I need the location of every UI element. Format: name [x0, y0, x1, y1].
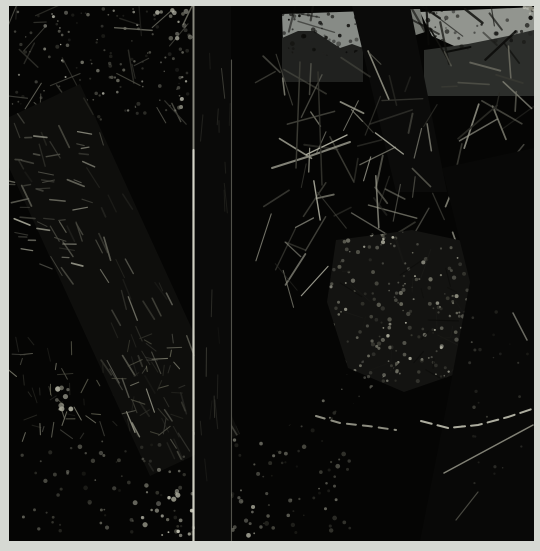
- photographic-print: [0, 0, 540, 551]
- forest-photo-svg: [0, 0, 540, 551]
- center-pole-band: [195, 6, 231, 541]
